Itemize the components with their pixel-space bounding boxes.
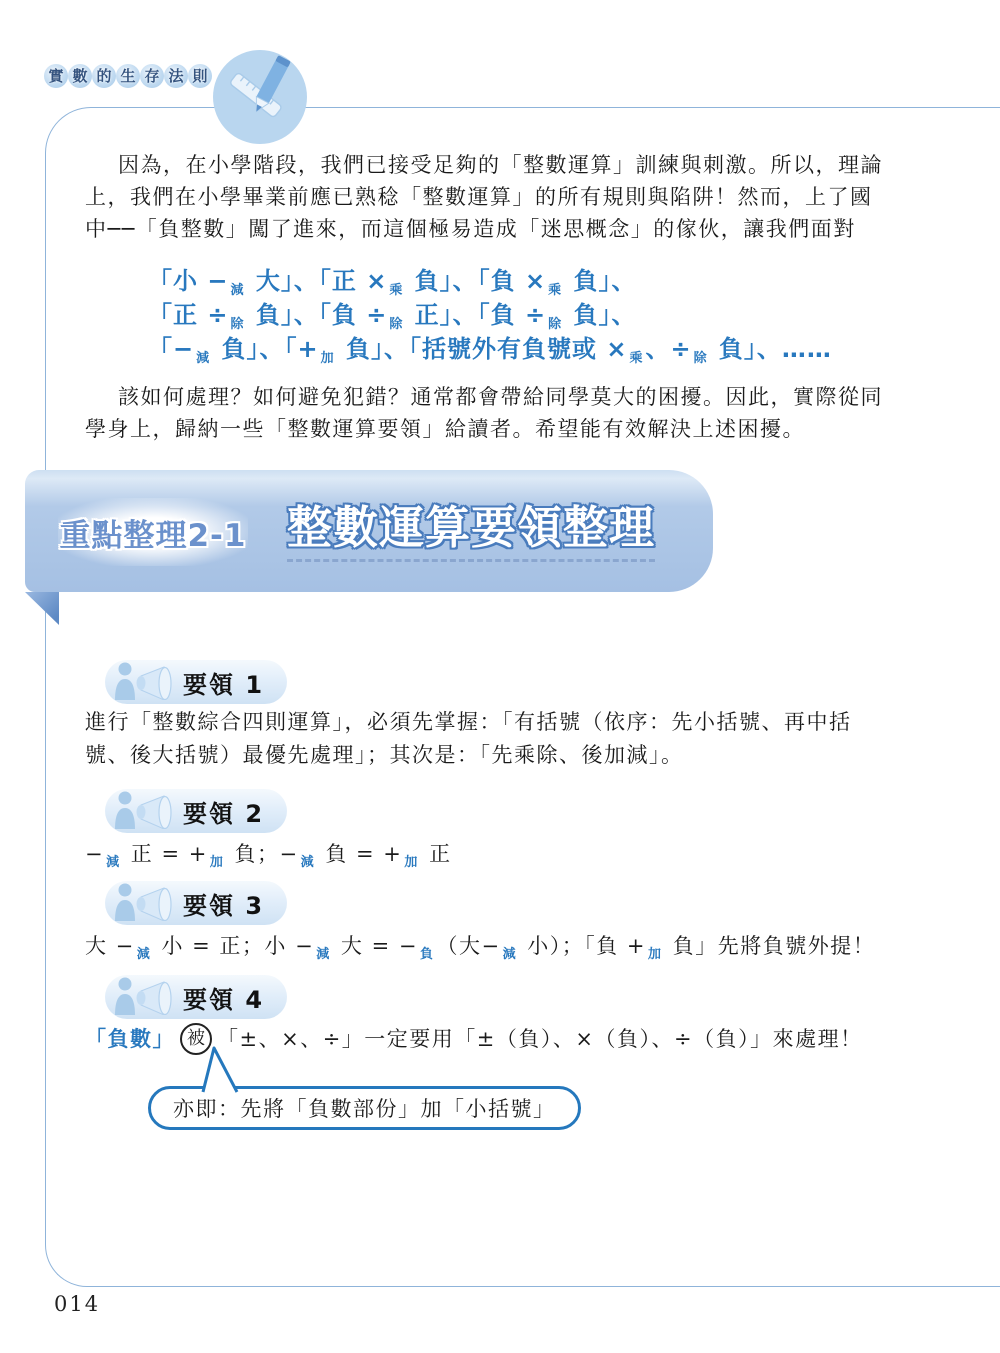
series-title: 實 數 的 生 存 法 則: [44, 64, 212, 88]
series-title-char: 數: [68, 64, 92, 88]
series-title-char: 生: [116, 64, 140, 88]
text-line: 上，我們在小學畢業前應已熟稔「整數運算」的所有規則與陷阱！然而，上了國: [85, 181, 945, 213]
expression-line: 「−減 負」、「+加 負」、「括號外有負號或 ×乘、÷除 負」、……: [148, 332, 832, 366]
section-title: 整數運算要領整理: [287, 500, 687, 556]
expression-line: 「小 −減 大」、「正 ×乘 負」、「負 ×乘 負」、: [148, 264, 832, 298]
keypoint-3-content: 大 −減 小 = 正；小 −減 大 = −負（大−減 小）；「負 +加 負」先將…: [85, 930, 965, 963]
announcer-icon: [111, 975, 175, 1015]
series-title-char: 的: [92, 64, 116, 88]
section-banner: 重點整理2-1 整數運算要領整理: [25, 470, 713, 592]
keypoint-2-content: −減 正 = +加 負；−減 負 = +加 正: [85, 838, 965, 871]
banner-fold: [25, 592, 59, 625]
book-page: 實 數 的 生 存 法 則: [0, 0, 1000, 1353]
announcer-icon: [111, 660, 175, 700]
text-line: 大 −減 小 = 正；小 −減 大 = −負（大−減 小）；「負 +加 負」先將…: [85, 930, 965, 963]
pencil-ruler-graphic: [213, 50, 307, 144]
series-title-char: 法: [164, 64, 188, 88]
intro-paragraph-1: 因為，在小學階段，我們已接受足夠的「整數運算」訓練與刺激。所以，理論 上，我們在…: [85, 149, 945, 245]
text-line: 號、後大括號）最優先處理」；其次是：「先乘除、後加減」。: [85, 739, 965, 772]
section-title-underline: [287, 559, 655, 562]
announcer-icon: [111, 789, 175, 829]
keypoint-1-header: 要領 1: [105, 660, 287, 704]
intro-paragraph-2: 該如何處理？如何避免犯錯？通常都會帶給同學莫大的困擾。因此，實際從同 學身上，歸…: [85, 381, 945, 445]
keypoint-4-header: 要領 4: [105, 975, 287, 1019]
text-line: 該如何處理？如何避免犯錯？通常都會帶給同學莫大的困擾。因此，實際從同: [85, 381, 945, 413]
series-title-char: 則: [188, 64, 212, 88]
announcer-icon: [111, 881, 175, 921]
text-line: 因為，在小學階段，我們已接受足夠的「整數運算」訓練與刺激。所以，理論: [85, 149, 945, 181]
series-title-char: 存: [140, 64, 164, 88]
keypoint-1-content: 進行「整數綜合四則運算」，必須先掌握：「有括號（依序：先小括號、再中括 號、後大…: [85, 706, 965, 772]
series-title-char: 實: [44, 64, 68, 88]
note-bubble-tail: [196, 1046, 242, 1094]
text-line: −減 正 = +加 負；−減 負 = +加 正: [85, 838, 965, 871]
keypoint-3-header: 要領 3: [105, 881, 287, 925]
text-line: 中──「負整數」闖了進來，而這個極易造成「迷思概念」的傢伙，讓我們面對: [85, 213, 945, 245]
page-number: 014: [54, 1292, 100, 1316]
text-line: 進行「整數綜合四則運算」，必須先掌握：「有括號（依序：先小括號、再中括: [85, 706, 965, 739]
keypoint-label: 要領 4: [183, 980, 264, 1015]
expression-line: 「正 ÷除 負」、「負 ÷除 正」、「負 ÷除 負」、: [148, 298, 832, 332]
keypoint-label: 要領 1: [183, 665, 264, 700]
highlight-expressions: 「小 −減 大」、「正 ×乘 負」、「負 ×乘 負」、 「正 ÷除 負」、「負 …: [148, 264, 832, 366]
pencil-ruler-icon: [213, 50, 307, 144]
text-line: 學身上，歸納一些「整數運算要領」給讀者。希望能有效解決上述困擾。: [85, 413, 945, 445]
section-badge: 重點整理2-1: [58, 498, 248, 566]
keypoint-label: 要領 3: [183, 886, 264, 921]
note-bubble-text: 亦即：先將「負數部份」加「小括號」: [173, 1093, 556, 1123]
keypoint-label: 要領 2: [183, 794, 264, 829]
section-badge-label: 重點整理2-1: [59, 510, 246, 555]
keypoint-2-header: 要領 2: [105, 789, 287, 833]
